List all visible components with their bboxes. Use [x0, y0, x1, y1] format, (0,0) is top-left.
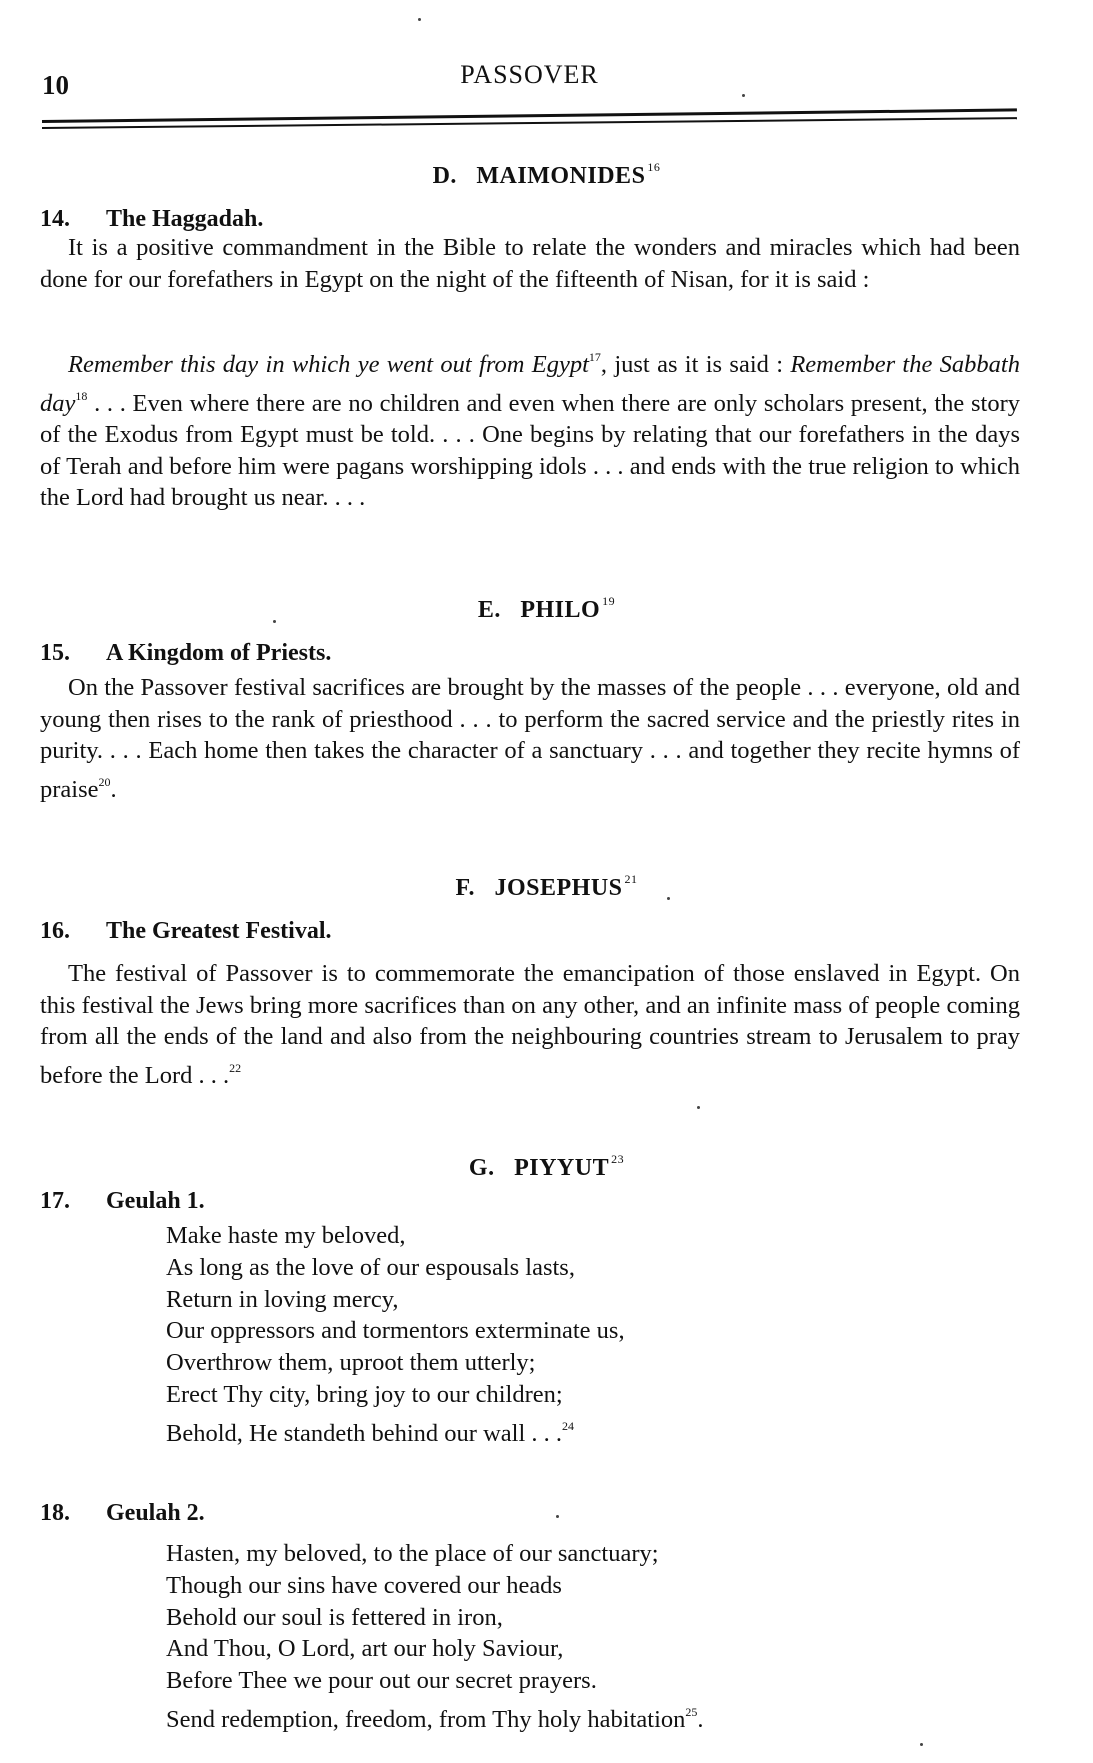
- verse-line-text: Send redemption, freedom, from Thy holy …: [166, 1706, 685, 1733]
- verse-line-last: Send redemption, freedom, from Thy holy …: [166, 1697, 986, 1736]
- verse-line-text: Behold, He standeth behind our wall . . …: [166, 1420, 562, 1447]
- item-heading-14: 14.The Haggadah.: [40, 206, 263, 233]
- scan-speck: [418, 18, 421, 21]
- section-title: PHILO: [520, 597, 600, 623]
- section-letter: E.: [478, 597, 501, 623]
- paragraph-text: It is a positive commandment in the Bibl…: [40, 234, 1020, 293]
- punctuation: .: [697, 1706, 703, 1733]
- paragraph-haggadah-intro: It is a positive commandment in the Bibl…: [40, 232, 1020, 295]
- item-title: Geulah 1.: [106, 1188, 205, 1214]
- footnote-ref: 23: [611, 1152, 624, 1166]
- footnote-ref: 16: [647, 160, 660, 174]
- verse-geulah-2: Hasten, my beloved, to the place of our …: [166, 1538, 986, 1736]
- header-rule-thick: [42, 108, 1017, 123]
- section-title: PIYYUT: [514, 1155, 609, 1181]
- item-number: 15.: [40, 640, 106, 667]
- footnote-ref: 24: [562, 1419, 574, 1433]
- verse-line: Though our sins have covered our heads: [166, 1570, 986, 1602]
- item-heading-17: 17.Geulah 1.: [40, 1188, 205, 1215]
- footnote-ref: 19: [602, 594, 615, 608]
- footnote-ref: 20: [99, 775, 111, 789]
- section-title: MAIMONIDES: [476, 163, 645, 189]
- verse-line: And Thou, O Lord, art our holy Saviour,: [166, 1633, 986, 1665]
- paragraph-text: . . . Even where there are no children a…: [40, 390, 1020, 512]
- scan-speck: [920, 1743, 923, 1746]
- scan-speck: [697, 1106, 700, 1109]
- footnote-ref: 25: [685, 1705, 697, 1719]
- verse-line: Hasten, my beloved, to the place of our …: [166, 1538, 986, 1570]
- item-heading-16: 16.The Greatest Festival.: [40, 918, 332, 945]
- paragraph-text: On the Passover festival sacrifices are …: [40, 674, 1020, 803]
- verse-line: As long as the love of our espousals las…: [166, 1252, 986, 1284]
- scan-speck: [742, 94, 745, 97]
- verse-line: Before Thee we pour out our secret praye…: [166, 1665, 986, 1697]
- footnote-ref: 17: [589, 350, 601, 364]
- item-number: 18.: [40, 1500, 106, 1527]
- paragraph-text: The festival of Passover is to commemora…: [40, 960, 1020, 1089]
- section-heading-piyyut: G. PIYYUT23: [0, 1152, 1093, 1182]
- verse-line: Behold our soul is fettered in iron,: [166, 1602, 986, 1634]
- footnote-ref: 22: [229, 1061, 241, 1075]
- paragraph-kingdom-of-priests: On the Passover festival sacrifices are …: [40, 672, 1020, 805]
- book-page: 10 PASSOVER D. MAIMONIDES16 14.The Hagga…: [0, 0, 1093, 1763]
- section-letter: G.: [469, 1155, 495, 1181]
- scan-speck: [273, 620, 276, 623]
- section-heading-philo: E. PHILO19: [0, 594, 1093, 624]
- verse-line: Overthrow them, uproot them utterly;: [166, 1347, 986, 1379]
- section-heading-maimonides: D. MAIMONIDES16: [0, 160, 1093, 190]
- item-heading-18: 18.Geulah 2.: [40, 1500, 205, 1527]
- item-heading-15: 15.A Kingdom of Priests.: [40, 640, 331, 667]
- item-number: 17.: [40, 1188, 106, 1215]
- verse-line: Erect Thy city, bring joy to our childre…: [166, 1379, 986, 1411]
- item-title: The Haggadah.: [106, 206, 263, 232]
- footnote-ref: 21: [625, 872, 638, 886]
- verse-geulah-1: Make haste my beloved, As long as the lo…: [166, 1220, 986, 1450]
- verse-line: Make haste my beloved,: [166, 1220, 986, 1252]
- punctuation: .: [111, 776, 117, 803]
- item-title: The Greatest Festival.: [106, 918, 332, 944]
- item-number: 14.: [40, 206, 106, 233]
- paragraph-greatest-festival: The festival of Passover is to commemora…: [40, 958, 1020, 1091]
- section-letter: D.: [433, 163, 457, 189]
- running-title: PASSOVER: [42, 60, 1017, 90]
- running-head: 10 PASSOVER: [42, 60, 1017, 100]
- paragraph-text: , just as it is said :: [601, 351, 790, 378]
- item-number: 16.: [40, 918, 106, 945]
- verse-line: Our oppressors and tormentors exterminat…: [166, 1315, 986, 1347]
- scan-speck: [667, 897, 670, 900]
- verse-line-last: Behold, He standeth behind our wall . . …: [166, 1411, 986, 1450]
- section-title: JOSEPHUS: [494, 875, 622, 901]
- section-letter: F.: [456, 875, 475, 901]
- section-heading-josephus: F. JOSEPHUS21: [0, 872, 1093, 902]
- item-title: A Kingdom of Priests.: [106, 640, 331, 666]
- paragraph-haggadah-quote: Remember this day in which ye went out f…: [40, 342, 1020, 514]
- bible-quote: Remember this day in which ye went out f…: [68, 351, 589, 378]
- scan-speck: [556, 1515, 559, 1518]
- item-title: Geulah 2.: [106, 1500, 205, 1526]
- footnote-ref: 18: [75, 389, 87, 403]
- verse-line: Return in loving mercy,: [166, 1284, 986, 1316]
